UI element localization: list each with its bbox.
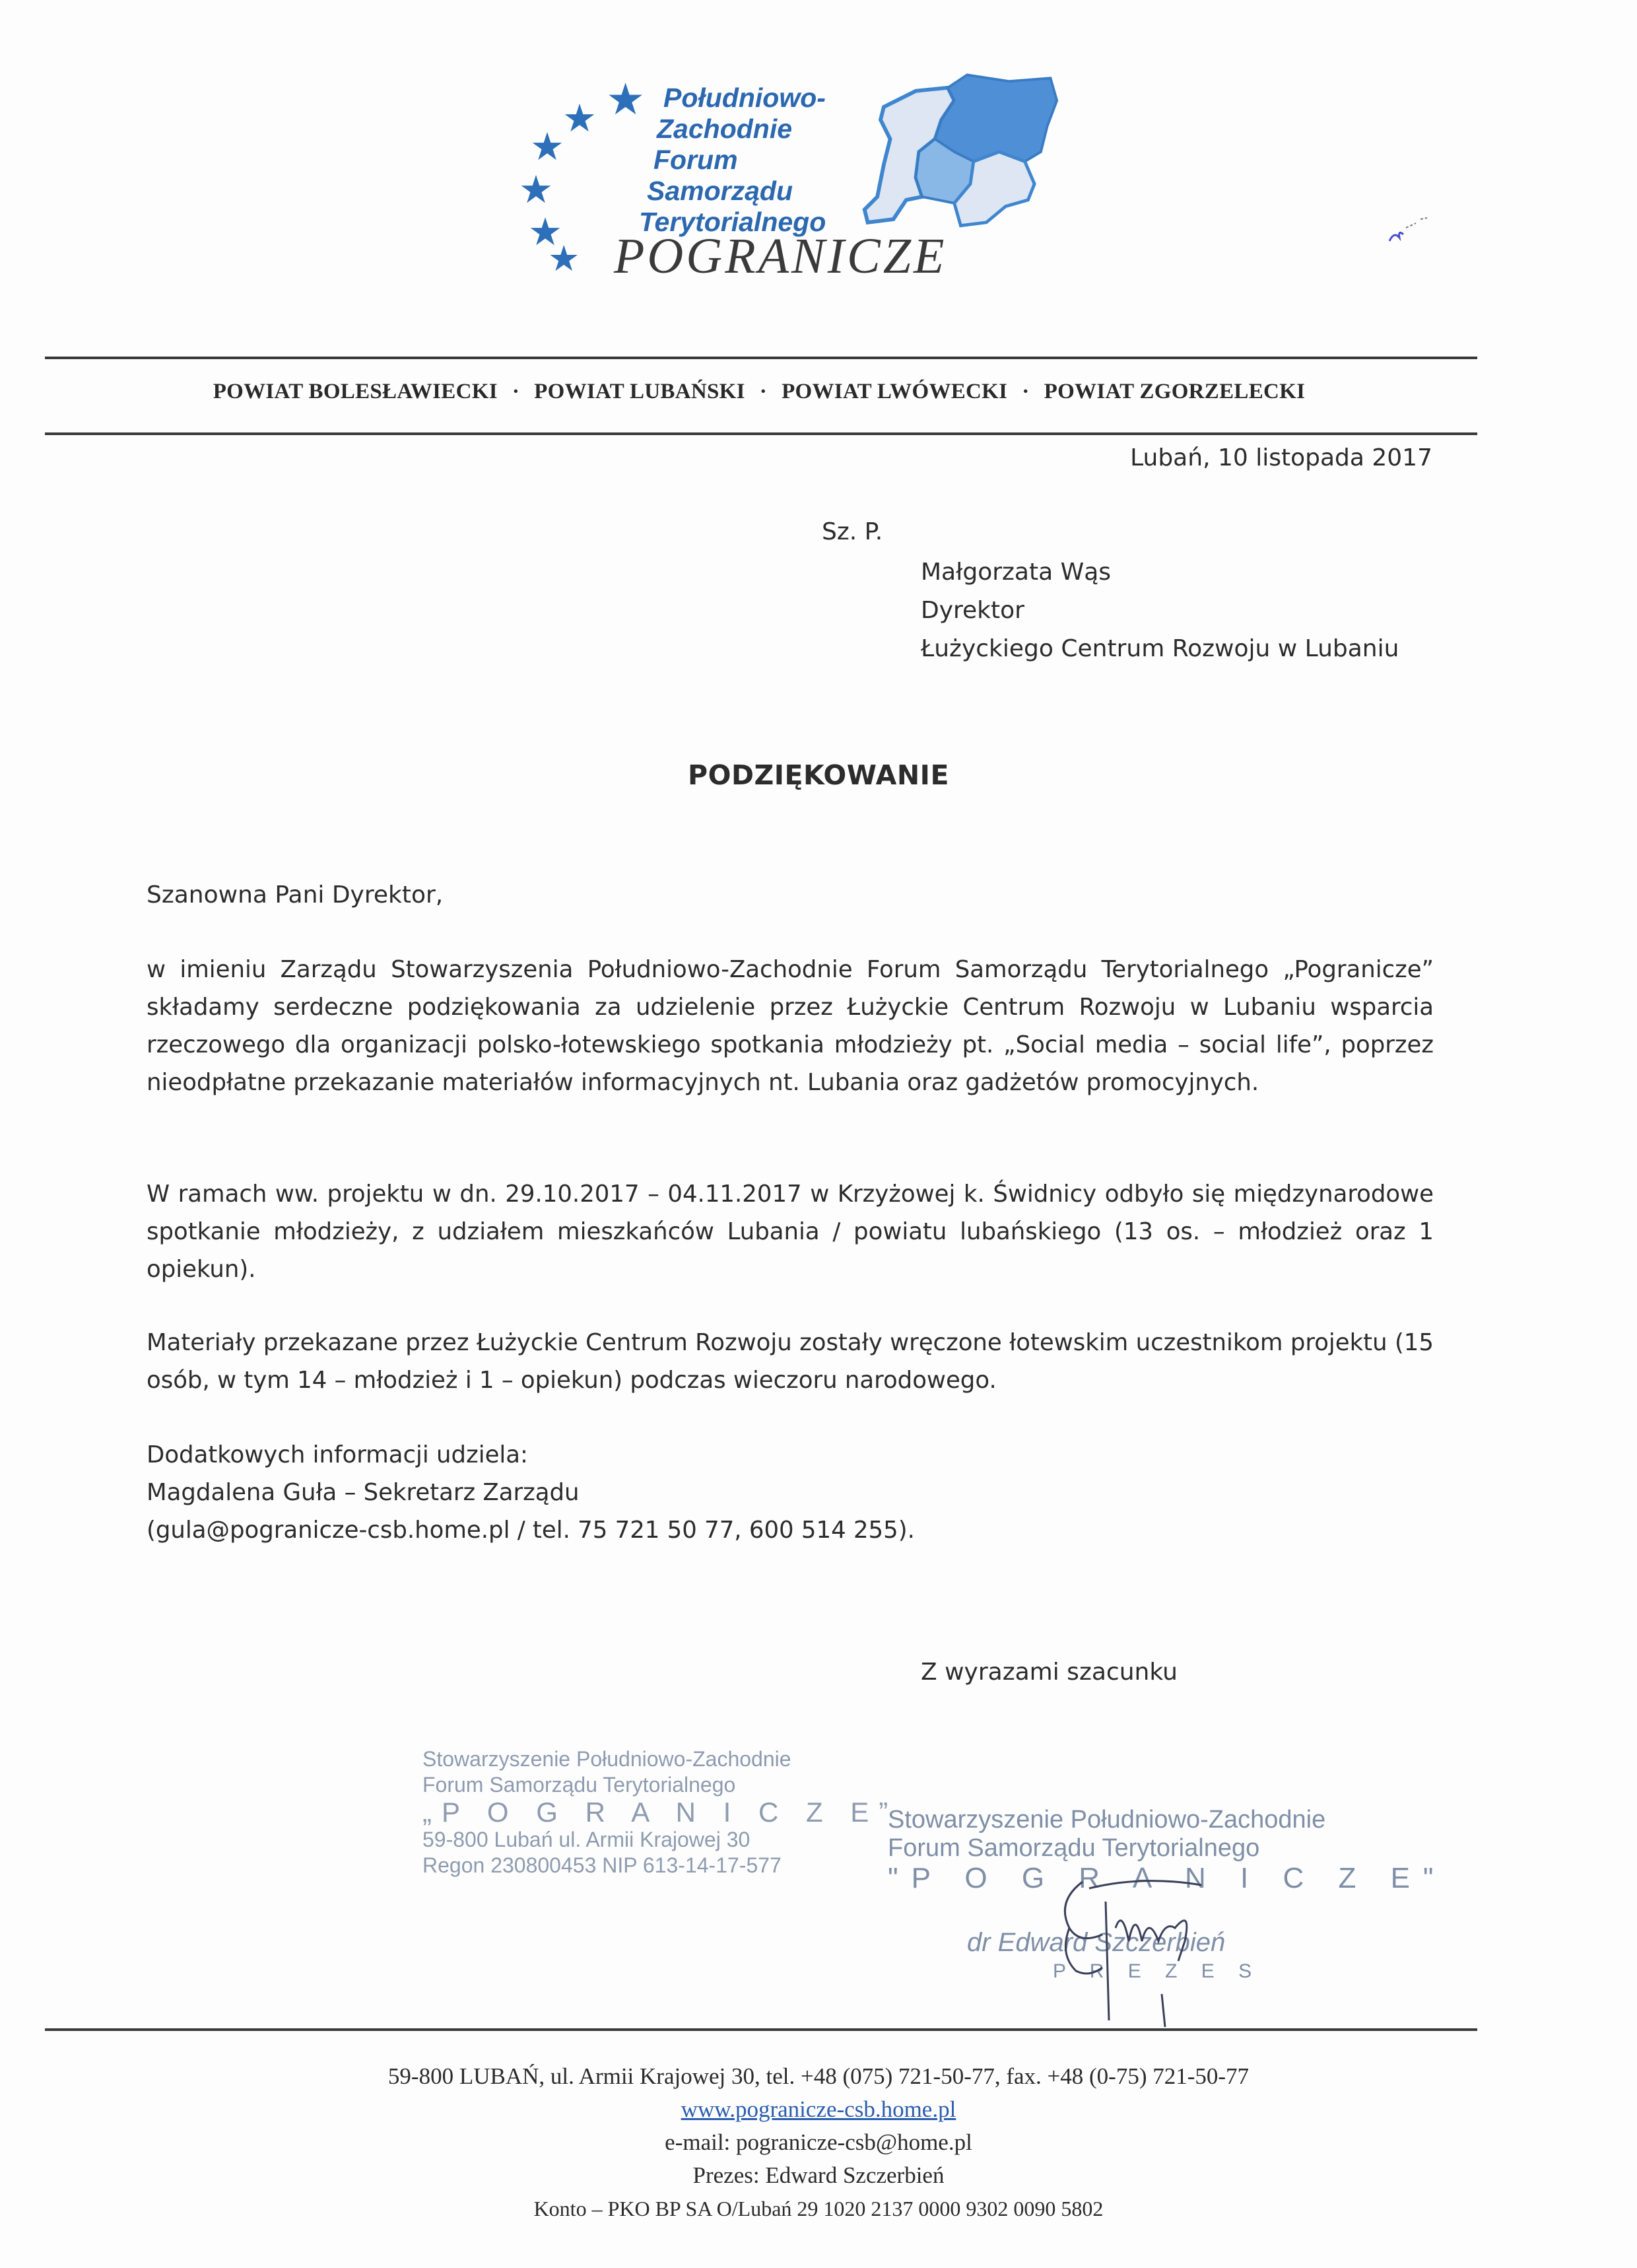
stamp-ids: Regon 230800453 NIP 613-14-17-577 (422, 1853, 898, 1878)
contact-intro: Dodatkowych informacji udziela: (147, 1436, 1434, 1474)
body-paragraph: W ramach ww. projektu w dn. 29.10.2017 –… (147, 1175, 1434, 1288)
powiat-item: POWIAT BOLESŁAWIECKI (213, 380, 498, 403)
separator: · (512, 380, 519, 403)
contact-block: Dodatkowych informacji udziela: Magdalen… (147, 1436, 1434, 1549)
logo-line: Samorządu (647, 176, 826, 207)
stamp-address: 59-800 Lubań ul. Armii Krajowej 30 (422, 1827, 898, 1853)
letter-page: ★ ★ ★ ★ ★ ★ Południowo- Zachodnie Forum … (0, 0, 1637, 2268)
footer-email: e-mail: pogranicze-csb@home.pl (0, 2126, 1637, 2159)
region-map-icon (858, 66, 1083, 238)
association-stamp: Stowarzyszenie Południowo-Zachodnie Foru… (422, 1746, 898, 1878)
closing: Z wyrazami szacunku (921, 1659, 1178, 1686)
powiat-item: POWIAT ZGORZELECKI (1044, 380, 1306, 403)
footer-rule (45, 2028, 1477, 2031)
star-icon: ★ (562, 99, 597, 137)
logo-line: Południowo- (663, 83, 826, 114)
powiaty-list: POWIAT BOLESŁAWIECKI·POWIAT LUBAŃSKI·POW… (0, 380, 1518, 404)
separator: · (1022, 380, 1029, 403)
logo-line: Forum (653, 145, 826, 176)
stamp-name: „P O G R A N I C Z E” (422, 1798, 898, 1827)
recipient-block: Małgorzata Wąs Dyrektor Łużyckiego Centr… (921, 553, 1399, 668)
header-rule-bottom (45, 432, 1477, 435)
body-paragraph: Materiały przekazane przez Łużyckie Cent… (147, 1324, 1434, 1399)
footer-address: 59-800 LUBAŃ, ul. Armii Krajowej 30, tel… (0, 2060, 1637, 2093)
recipient-name: Małgorzata Wąs (921, 553, 1399, 592)
logo-text: Południowo- Zachodnie Forum Samorządu Te… (634, 83, 826, 238)
header-rule-top (45, 357, 1477, 359)
contact-details: (gula@pogranicze-csb.home.pl / tel. 75 7… (147, 1511, 1434, 1549)
salutation: Szanowna Pani Dyrektor, (147, 881, 443, 909)
recipient-prefix: Sz. P. (822, 518, 883, 545)
powiat-item: POWIAT LUBAŃSKI (534, 380, 745, 403)
logo-name: POGRANICZE (614, 228, 947, 285)
footer-account: Konto – PKO BP SA O/Lubań 29 1020 2137 0… (0, 2192, 1637, 2225)
pen-mark-icon (1380, 211, 1432, 251)
powiat-item: POWIAT LWÓWECKI (782, 380, 1007, 403)
recipient-institution: Łużyckiego Centrum Rozwoju w Lubaniu (921, 630, 1399, 668)
footer-president: Prezes: Edward Szczerbień (0, 2159, 1637, 2192)
logo-line: Zachodnie (657, 114, 826, 145)
contact-person: Magdalena Guła – Sekretarz Zarządu (147, 1474, 1434, 1511)
signature-icon (1043, 1855, 1254, 2027)
letter-title: PODZIĘKOWANIE (0, 759, 1637, 791)
stamp-line: Stowarzyszenie Południowo-Zachodnie (888, 1806, 1447, 1834)
stamp-line: Forum Samorządu Terytorialnego (422, 1772, 898, 1798)
body-paragraph: w imieniu Zarządu Stowarzyszenia Południ… (147, 951, 1434, 1101)
star-icon: ★ (519, 170, 553, 209)
place-date: Lubań, 10 listopada 2017 (1130, 444, 1432, 471)
star-icon: ★ (530, 127, 564, 166)
separator: · (760, 380, 767, 403)
recipient-position: Dyrektor (921, 592, 1399, 630)
stamp-line: Stowarzyszenie Południowo-Zachodnie (422, 1746, 898, 1772)
footer-website-link[interactable]: www.pogranicze-csb.home.pl (681, 2096, 956, 2122)
star-icon: ★ (548, 241, 580, 277)
footer: 59-800 LUBAŃ, ul. Armii Krajowej 30, tel… (0, 2060, 1637, 2225)
